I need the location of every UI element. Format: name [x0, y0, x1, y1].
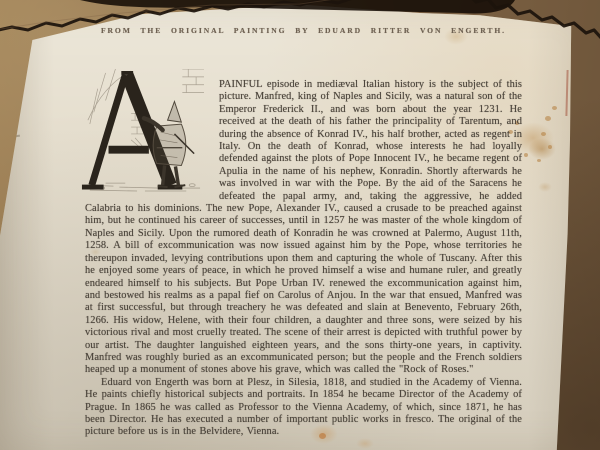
page-edge-red-mark	[565, 70, 568, 116]
foxing-stain	[356, 438, 374, 449]
paragraph-engerth: Eduard von Engerth was born at Plesz, in…	[85, 377, 522, 439]
body-text: A PAINFUL episode in m	[85, 79, 522, 439]
foxing-speck	[545, 116, 551, 121]
foxing-speck	[537, 159, 541, 162]
foxing-speck	[541, 132, 546, 136]
book-page: FROM THE ORIGINAL PAINTING BY EDUARD RIT…	[0, 0, 600, 450]
foxing-stain	[538, 182, 552, 192]
photographed-book-page: FROM THE ORIGINAL PAINTING BY EDUARD RIT…	[0, 0, 600, 450]
page-header-caption: FROM THE ORIGINAL PAINTING BY EDUARD RIT…	[85, 26, 522, 35]
foxing-speck	[552, 106, 557, 110]
foxing-stain	[528, 138, 556, 160]
foxing-speck	[524, 153, 528, 157]
foxing-speck	[548, 145, 552, 149]
initial-letter-illustration: A	[75, 69, 207, 193]
